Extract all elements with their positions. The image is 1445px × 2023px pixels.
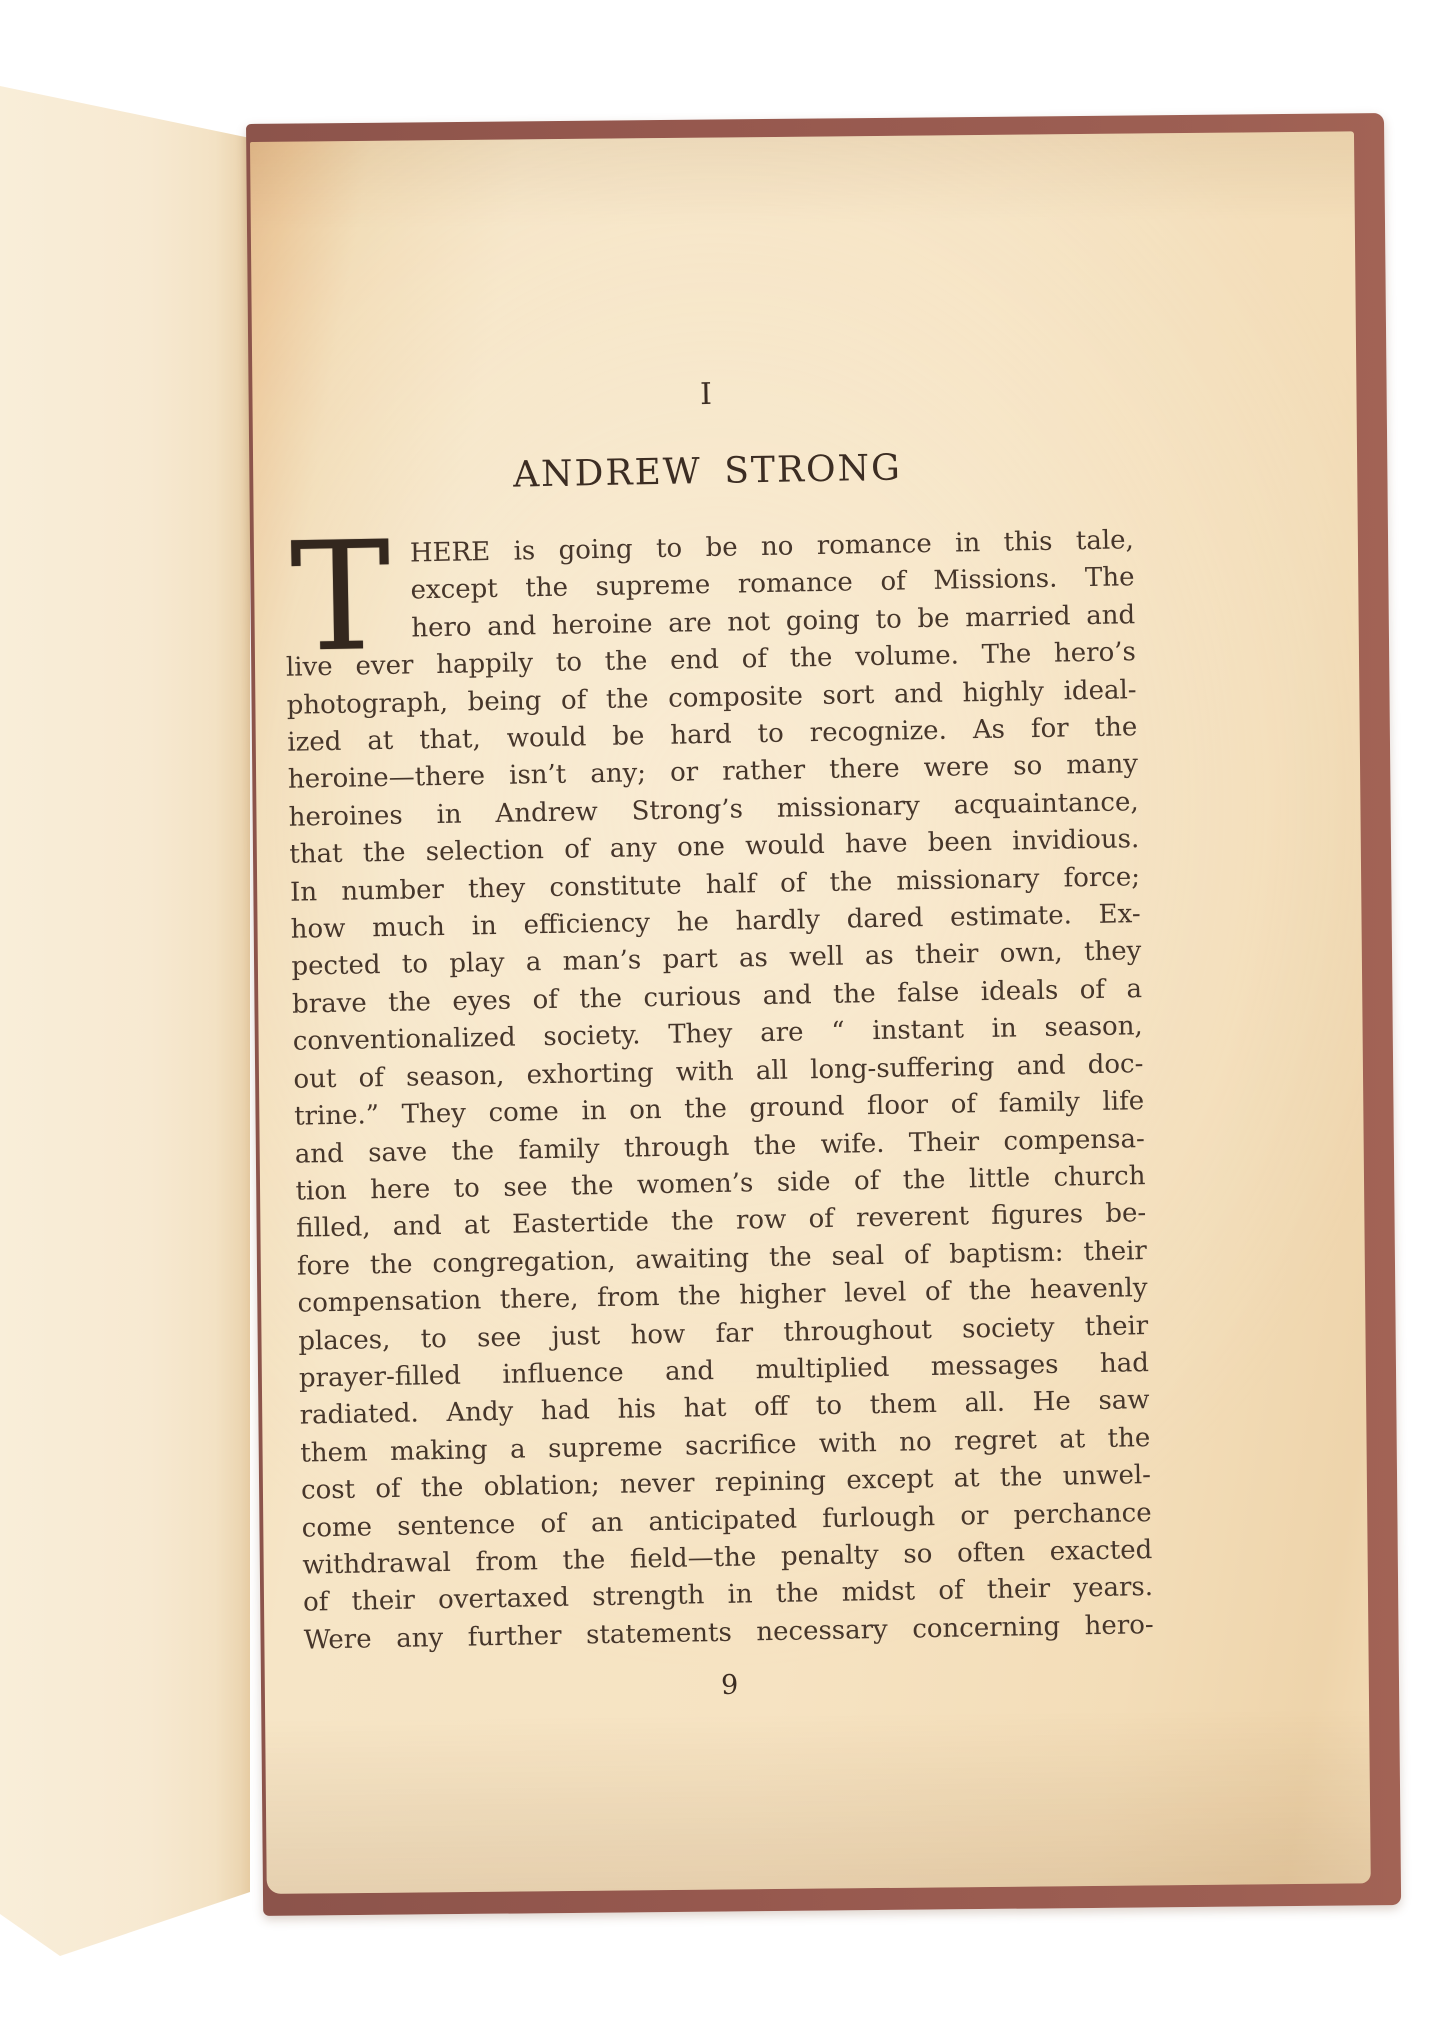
body-text: T HERE is going to be no romance in this…	[284, 522, 1154, 1660]
page-content: I ANDREW STRONG T HERE is going to be no…	[246, 122, 1382, 1894]
photo-canvas: I ANDREW STRONG T HERE is going to be no…	[0, 0, 1445, 2023]
body-lines: HERE is going to be no romance in this t…	[284, 522, 1154, 1660]
left-page-edge	[0, 0, 250, 1960]
chapter-title: ANDREW STRONG	[282, 444, 1133, 499]
chapter-number: I	[281, 370, 1131, 419]
drop-cap: T	[290, 547, 392, 649]
book-page: I ANDREW STRONG T HERE is going to be no…	[250, 131, 1371, 1894]
page-number: 9	[304, 1662, 1154, 1709]
